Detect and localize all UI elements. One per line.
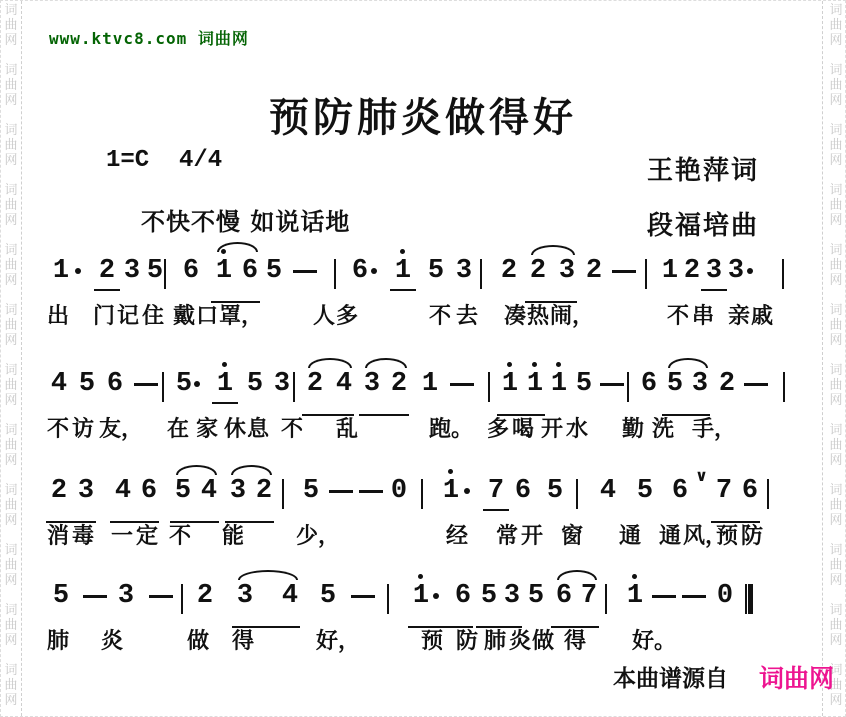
- lyric-syllable: 一: [111, 519, 133, 550]
- notes-row: 23465432501765456∨76: [1, 476, 845, 516]
- lyric-syllable: 喝: [512, 412, 534, 443]
- augmentation-dot: [464, 488, 470, 494]
- barline: [488, 372, 490, 402]
- lyric-syllable: 家: [196, 412, 218, 443]
- note-token: 1: [51, 256, 71, 286]
- barline: [605, 584, 607, 614]
- lyric-syllable: 开: [541, 412, 563, 443]
- duration-dash: [359, 490, 383, 493]
- final-barline: [745, 584, 753, 614]
- note-token: 3: [272, 369, 292, 399]
- lyric-syllable: 多: [336, 299, 358, 330]
- barline: [421, 479, 423, 509]
- score: 12356165615322321233出门记住戴口罩，人多不去凑热闹，不串亲戚…: [1, 1, 845, 716]
- lyric-syllable: 记: [117, 299, 139, 330]
- lyric-syllable: 不: [169, 519, 191, 550]
- lyric-syllable: 多: [487, 412, 509, 443]
- note-token: 7: [579, 581, 599, 611]
- note-token: 3: [726, 256, 746, 286]
- barline: [181, 584, 183, 614]
- lyric-syllable: 防: [741, 519, 763, 550]
- barline: [782, 259, 784, 289]
- note-token: 5: [51, 581, 71, 611]
- lyric-syllable: 炎: [509, 624, 531, 655]
- note-token: 2: [97, 256, 117, 286]
- slur-arc: [217, 242, 258, 252]
- duration-dash: [351, 595, 375, 598]
- note-token: 4: [49, 369, 69, 399]
- barline: [164, 259, 166, 289]
- barline: [576, 479, 578, 509]
- slur-arc: [557, 570, 597, 580]
- lyric-syllable: 常: [496, 519, 518, 550]
- note-token: 1: [441, 476, 461, 506]
- note-token: 4: [199, 476, 219, 506]
- note-token: 1: [214, 256, 234, 286]
- lyric-syllable: 人: [313, 299, 335, 330]
- footer-site-link[interactable]: 词曲网: [759, 659, 834, 695]
- note-token: 3: [557, 256, 577, 286]
- lyric-syllable: 做: [187, 624, 209, 655]
- augmentation-dot: [747, 268, 753, 274]
- lyric-syllable: 洗: [652, 412, 674, 443]
- note-token: 6: [105, 369, 125, 399]
- lyrics-row: 出门记住戴口罩，人多不去凑热闹，不串亲戚: [1, 299, 845, 329]
- duration-dash: [682, 595, 706, 598]
- eighth-beam: [483, 509, 509, 511]
- music-system: 23465432501765456∨76消毒一定不能少，经常开窗通通风，预防: [1, 464, 845, 564]
- barline: [783, 372, 785, 402]
- lyric-syllable: 好，: [316, 624, 360, 655]
- lyric-syllable: 息: [247, 412, 269, 443]
- music-system: 532345165356710肺炎做得好，预防肺炎做得好。: [1, 569, 845, 669]
- note-token: 5: [245, 369, 265, 399]
- duration-dash: [450, 383, 474, 386]
- barline: [627, 372, 629, 402]
- lyrics-row: 消毒一定不能少，经常开窗通通风，预防: [1, 519, 845, 549]
- note-token: 6: [513, 476, 533, 506]
- note-token: 1: [660, 256, 680, 286]
- note-token: 2: [195, 581, 215, 611]
- note-token: 6: [554, 581, 574, 611]
- barline: [162, 372, 164, 402]
- note-token: 6: [453, 581, 473, 611]
- lyric-syllable: 跑。: [429, 412, 473, 443]
- note-token: 3: [228, 476, 248, 506]
- note-token: 5: [526, 581, 546, 611]
- note-token: 2: [717, 369, 737, 399]
- barline: [334, 259, 336, 289]
- barline: [645, 259, 647, 289]
- barline: [767, 479, 769, 509]
- barline: [282, 479, 284, 509]
- note-token: 6: [181, 256, 201, 286]
- note-token: 3: [116, 581, 136, 611]
- note-token: 2: [389, 369, 409, 399]
- note-token: 0: [715, 581, 735, 611]
- lyric-syllable: 亲: [728, 299, 750, 330]
- lyric-syllable: 手，: [692, 412, 736, 443]
- lyric-syllable: 罩，: [219, 299, 263, 330]
- note-token: 7: [714, 476, 734, 506]
- lyric-syllable: 友，: [99, 412, 143, 443]
- lyric-syllable: 预: [421, 624, 443, 655]
- note-token: 4: [334, 369, 354, 399]
- note-token: 5: [173, 476, 193, 506]
- lyric-syllable: 肺: [484, 624, 506, 655]
- note-token: 6: [639, 369, 659, 399]
- duration-dash: [744, 383, 768, 386]
- lyric-syllable: 访: [72, 412, 94, 443]
- octave-dot: [556, 362, 561, 367]
- octave-dot: [448, 469, 453, 474]
- notes-row: 532345165356710: [1, 581, 845, 621]
- note-token: 3: [76, 476, 96, 506]
- lyric-syllable: 肺: [47, 624, 69, 655]
- augmentation-dot: [75, 268, 81, 274]
- octave-dot: [507, 362, 512, 367]
- lyric-syllable: 通: [619, 519, 641, 550]
- note-token: 2: [49, 476, 69, 506]
- eighth-beam: [701, 289, 727, 291]
- slur-arc: [231, 465, 272, 475]
- lyric-syllable: 消: [47, 519, 69, 550]
- duration-dash: [652, 595, 676, 598]
- lyric-syllable: 休: [224, 412, 246, 443]
- lyric-syllable: 不: [429, 299, 451, 330]
- lyric-syllable: 毒: [72, 519, 94, 550]
- lyric-syllable: 去: [456, 299, 478, 330]
- lyric-syllable: 预: [716, 519, 738, 550]
- note-token: 5: [545, 476, 565, 506]
- lyric-syllable: 口: [196, 299, 218, 330]
- note-token: 5: [174, 369, 194, 399]
- notes-row: 12356165615322321233: [1, 256, 845, 296]
- augmentation-dot: [371, 268, 377, 274]
- lyric-syllable: 串: [692, 299, 714, 330]
- note-token: 6: [350, 256, 370, 286]
- eighth-beam: [390, 289, 416, 291]
- lyrics-row: 不访友，在家休息不乱跑。多喝开水勤洗手，: [1, 412, 845, 442]
- lyric-syllable: 好。: [632, 624, 676, 655]
- augmentation-dot: [433, 593, 439, 599]
- note-token: 5: [264, 256, 284, 286]
- notes-row: 45651532432111156532: [1, 369, 845, 409]
- lyric-syllable: 得: [564, 624, 586, 655]
- eighth-beam: [212, 402, 238, 404]
- lyric-syllable: 水: [566, 412, 588, 443]
- slur-arc: [238, 570, 298, 580]
- duration-dash: [149, 595, 173, 598]
- note-token: 1: [625, 581, 645, 611]
- note-token: 6: [240, 256, 260, 286]
- note-token: 6: [670, 476, 690, 506]
- lyric-syllable: 门: [93, 299, 115, 330]
- note-token: 1: [525, 369, 545, 399]
- music-system: 45651532432111156532不访友，在家休息不乱跑。多喝开水勤洗手，: [1, 357, 845, 457]
- footer-credit: 本曲谱源自: [613, 660, 728, 693]
- slur-arc: [365, 358, 407, 368]
- lyric-syllable: 在: [167, 412, 189, 443]
- note-token: 3: [502, 581, 522, 611]
- note-token: 3: [235, 581, 255, 611]
- lyric-syllable: 经: [446, 519, 468, 550]
- note-token: 4: [280, 581, 300, 611]
- lyric-syllable: 戚: [751, 299, 773, 330]
- note-token: 3: [454, 256, 474, 286]
- sheet-music-page: 词曲网词曲网词曲网词曲网词曲网词曲网词曲网词曲网词曲网词曲网词曲网词曲网 词曲网…: [0, 0, 846, 717]
- note-token: 2: [499, 256, 519, 286]
- lyric-syllable: 窗: [561, 519, 583, 550]
- music-system: 12356165615322321233出门记住戴口罩，人多不去凑热闹，不串亲戚: [1, 244, 845, 344]
- note-token: 5: [301, 476, 321, 506]
- slur-arc: [668, 358, 708, 368]
- duration-dash: [612, 270, 636, 273]
- octave-dot: [418, 574, 423, 579]
- note-token: 5: [665, 369, 685, 399]
- lyric-syllable: 住: [142, 299, 164, 330]
- barline: [480, 259, 482, 289]
- octave-dot: [632, 574, 637, 579]
- octave-dot: [400, 249, 405, 254]
- note-token: 4: [113, 476, 133, 506]
- lyric-syllable: 不: [667, 299, 689, 330]
- note-token: 5: [426, 256, 446, 286]
- lyric-syllable: 通: [659, 519, 681, 550]
- slur-arc: [308, 358, 352, 368]
- barline: [293, 372, 295, 402]
- note-token: 1: [500, 369, 520, 399]
- note-token: 1: [393, 256, 413, 286]
- note-token: 2: [682, 256, 702, 286]
- lyric-syllable: 勤: [622, 412, 644, 443]
- lyric-syllable: 定: [136, 519, 158, 550]
- note-token: 3: [690, 369, 710, 399]
- lyric-syllable: 得: [232, 624, 254, 655]
- note-token: 5: [77, 369, 97, 399]
- note-token: 5: [635, 476, 655, 506]
- duration-dash: [600, 383, 624, 386]
- note-token: 5: [479, 581, 499, 611]
- duration-dash: [293, 270, 317, 273]
- lyric-syllable: 做: [532, 624, 554, 655]
- note-token: 3: [362, 369, 382, 399]
- lyric-syllable: 少，: [296, 519, 340, 550]
- eighth-beam: [94, 289, 120, 291]
- duration-dash: [134, 383, 158, 386]
- lyric-syllable: 防: [456, 624, 478, 655]
- note-token: 5: [318, 581, 338, 611]
- augmentation-dot: [194, 381, 200, 387]
- breath-mark-icon: ∨: [695, 466, 708, 485]
- lyric-syllable: 闹，: [550, 299, 594, 330]
- lyric-syllable: 能: [222, 519, 244, 550]
- lyric-syllable: 乱: [336, 412, 358, 443]
- note-token: 6: [139, 476, 159, 506]
- note-token: 3: [122, 256, 142, 286]
- slur-arc: [176, 465, 217, 475]
- note-token: 3: [704, 256, 724, 286]
- slur-arc: [531, 245, 575, 255]
- note-token: 5: [145, 256, 165, 286]
- note-token: 2: [254, 476, 274, 506]
- barline: [387, 584, 389, 614]
- lyric-syllable: 开: [521, 519, 543, 550]
- lyric-syllable: 不: [47, 412, 69, 443]
- duration-dash: [329, 490, 353, 493]
- note-token: 5: [574, 369, 594, 399]
- note-token: 1: [215, 369, 235, 399]
- note-token: 4: [598, 476, 618, 506]
- note-token: 6: [740, 476, 760, 506]
- lyric-syllable: 热: [527, 299, 549, 330]
- note-token: 2: [528, 256, 548, 286]
- duration-dash: [83, 595, 107, 598]
- lyrics-row: 肺炎做得好，预防肺炎做得好。: [1, 624, 845, 654]
- note-token: 7: [486, 476, 506, 506]
- note-token: 2: [584, 256, 604, 286]
- octave-dot: [222, 362, 227, 367]
- note-token: 1: [549, 369, 569, 399]
- lyric-syllable: 出: [47, 299, 69, 330]
- note-token: 1: [411, 581, 431, 611]
- note-token: 1: [420, 369, 440, 399]
- note-token: 0: [389, 476, 409, 506]
- lyric-syllable: 不: [281, 412, 303, 443]
- lyric-syllable: 凑: [504, 299, 526, 330]
- lyric-syllable: 戴: [173, 299, 195, 330]
- octave-dot: [532, 362, 537, 367]
- note-token: 2: [305, 369, 325, 399]
- lyric-syllable: 炎: [101, 624, 123, 655]
